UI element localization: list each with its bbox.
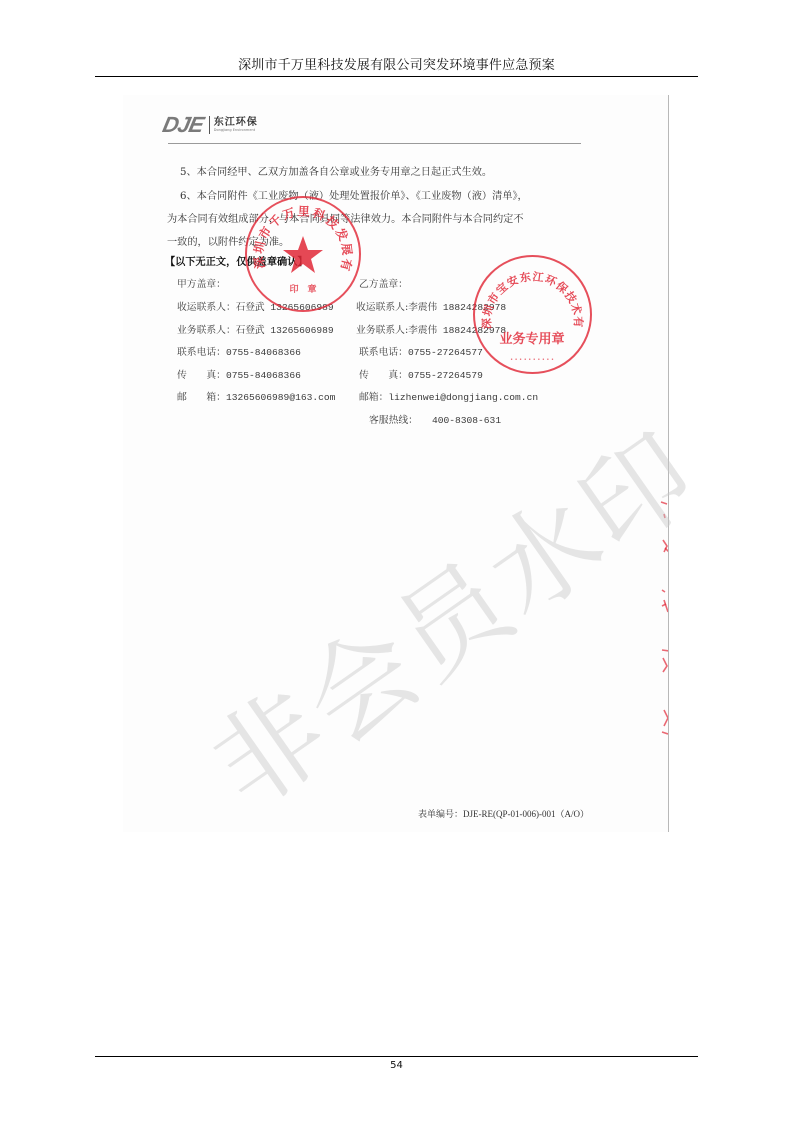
party-a-pickup-contact-label: 收运联系人： — [177, 299, 236, 313]
party-a-email-label: 邮 箱： — [177, 389, 226, 403]
party-b-business-seal: 深圳市宝安东江环保技术有限公司 业务专用章 • • • • • • • • • … — [473, 255, 592, 374]
clause-5: 5、本合同经甲、乙双方加盖各自公章或业务专用章之日起正式生效。 — [180, 163, 492, 178]
logo-name-cn: 东江环保 — [214, 118, 258, 128]
party-b-business-contact: 业务联系人:李震伟 18824282978 — [356, 322, 506, 336]
svg-text:• • • • • • • • • •: • • • • • • • • • • — [510, 357, 554, 363]
party-a-phone: 联系电话：0755-84068366 — [177, 344, 301, 358]
party-b-fax-label: 传 真： — [359, 367, 408, 381]
party-b-seal-center: 业务专用章 — [499, 331, 564, 347]
party-b-hotline-value: 400-8308-631 — [432, 415, 501, 426]
party-a-business-contact-label: 业务联系人： — [177, 322, 236, 336]
party-b-hotline: 客服热线：400-8308-631 — [369, 412, 501, 426]
party-a-business-contact-value: 石登武 13265606989 — [236, 325, 334, 336]
page-header-title: 深圳市千万里科技发展有限公司突发环境事件应急预案 — [95, 58, 698, 74]
party-b-phone-value: 0755-27264577 — [408, 347, 483, 358]
footer-divider — [95, 1056, 698, 1057]
no-further-text-notice: 【以下无正文，仅供盖章确认】 — [165, 253, 308, 268]
party-a-phone-label: 联系电话： — [177, 344, 226, 358]
party-b-fax: 传 真：0755-27264579 — [359, 367, 483, 381]
party-a-pickup-contact-value: 石登武 13265606989 — [236, 302, 334, 313]
page-number: 54 — [95, 1060, 698, 1071]
party-a-fax-label: 传 真： — [177, 367, 226, 381]
party-b-seal-text: 深圳市宝安东江环保技术有限公司 — [475, 257, 586, 329]
party-a-fax-value: 0755-84068366 — [226, 370, 301, 381]
letterhead-rule — [168, 143, 581, 144]
party-b-phone-label: 联系电话： — [359, 344, 408, 358]
party-b-email: 邮箱：lizhenwei@dongjiang.com.cn — [359, 389, 538, 403]
dje-logo: DJE 东江环保 Dongjiang Environment — [163, 111, 258, 139]
party-a-pickup-contact: 收运联系人：石登武 13265606989 — [177, 299, 334, 313]
clause-6-line-3: 一致的，以附件约定为准。 — [167, 233, 289, 248]
party-b-fax-value: 0755-27264579 — [408, 370, 483, 381]
party-a-email: 邮 箱：13265606989@163.com — [177, 389, 335, 403]
svg-text:深圳市宝安东江环保技术有限公司: 深圳市宝安东江环保技术有限公司 — [475, 257, 586, 329]
party-b-hotline-label: 客服热线： — [369, 412, 418, 426]
party-b-business-contact-label: 业务联系人: — [356, 322, 408, 336]
party-b-pickup-contact: 收运联系人:李震伟 18824282978 — [356, 299, 506, 313]
party-b-business-contact-value: 李震伟 18824282978 — [408, 325, 506, 336]
party-b-email-label: 邮箱： — [359, 389, 388, 403]
logo-name-en: Dongjiang Environment — [214, 129, 258, 133]
party-a-email-value: 13265606989@163.com — [226, 392, 335, 403]
party-a-fax: 传 真：0755-84068366 — [177, 367, 301, 381]
party-b-phone: 联系电话：0755-27264577 — [359, 344, 483, 358]
logo-separator — [209, 116, 210, 134]
scan-right-edge — [668, 95, 669, 832]
logo-mark: DJE — [160, 112, 205, 138]
clause-6-line-1: 6、本合同附件《工业废物（液）处理处置报价单》、《工业废物（液）清单》， — [180, 187, 528, 202]
logo-text: 东江环保 Dongjiang Environment — [214, 118, 258, 133]
party-a-phone-value: 0755-84068366 — [226, 347, 301, 358]
seam-seal-fragment — [653, 500, 668, 740]
party-a-seal-label: 甲方盖章： — [177, 276, 226, 290]
scanned-contract-page: DJE 东江环保 Dongjiang Environment 5、本合同经甲、乙… — [123, 95, 668, 832]
party-b-pickup-contact-label: 收运联系人: — [356, 299, 408, 313]
party-b-email-value: lizhenwei@dongjiang.com.cn — [388, 392, 538, 403]
party-b-pickup-contact-value: 李震伟 18824282978 — [408, 302, 506, 313]
form-number: 表单编号：DJE-RE(QP-01-006)-001（A/O） — [418, 807, 589, 820]
clause-6-line-2: 为本合同有效组成部分，与本合同具同等法律效力。本合同附件与本合同约定不 — [167, 210, 524, 225]
party-a-business-contact: 业务联系人：石登武 13265606989 — [177, 322, 334, 336]
svg-text:印 章: 印 章 — [289, 283, 316, 295]
header-divider — [95, 76, 698, 77]
party-b-seal-label: 乙方盖章： — [359, 276, 408, 290]
